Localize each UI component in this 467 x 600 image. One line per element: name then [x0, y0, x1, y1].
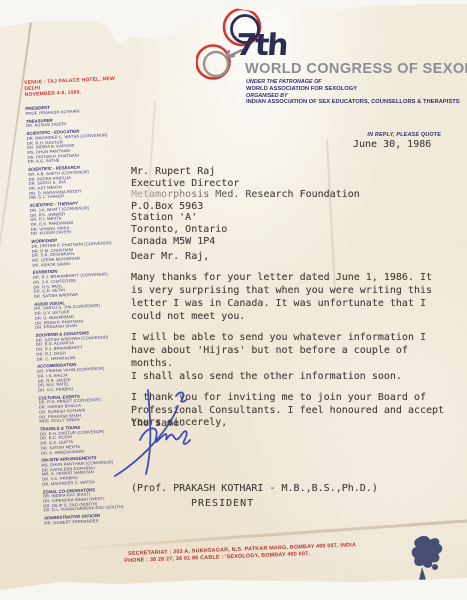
recipient-address-block: Mr. Rupert RajExecutive DirectorMetamorp… [131, 166, 360, 247]
reply-quote-note: IN REPLY, PLEASE QUOTE [367, 132, 441, 138]
committee-section: SOUVENIR & DONATIONSDR. SATISH WADHWA (C… [36, 329, 137, 362]
address-line: Mr. Rupert Raj [131, 166, 360, 178]
committee-section: AUDIO VISUALDR. SAROJ S. JHA (CONVENOR)D… [34, 298, 135, 331]
address-line: Canada M5W 1P4 [131, 236, 360, 248]
letter-paragraph: Many thanks for your letter dated June 1… [131, 271, 449, 323]
committee-section: SCIENTIFIC - THERAPYDR. J.K. BHATT (CONV… [30, 199, 131, 237]
letter-paragraph: I will be able to send you whatever info… [131, 331, 449, 383]
committee-section: ZONAL CO-ORDINATORSDR. INDIRA RAY (EAST)… [43, 486, 144, 514]
letter-paper: 7th WORLD CONGRESS OF SEXOLOGY UNDER THE… [0, 0, 467, 600]
congress-title: WORLD CONGRESS OF SEXOLOGY [245, 60, 460, 77]
signer-name: (Prof. PRAKASH KOTHARI - M.B.,B.S.,Ph.D.… [131, 483, 378, 494]
organised-label: ORGANISED BY [246, 93, 466, 100]
committee-section: PRESIDENTPROF. PRAKASH KOTHARI [25, 102, 125, 116]
committee-section: SCIENTIFIC - RESEARCHDR. A.B. SHETH (CON… [28, 163, 129, 201]
committee-section: WORKSHOPDR. PRITAM P. PHATNANI (CONVENOR… [31, 235, 132, 268]
committee-section: SCIENTIFIC - EDUCATIONDR. MAHINDER C. WA… [26, 127, 127, 165]
patronage-org: WORLD ASSOCIATION FOR SEXOLOGY [246, 86, 466, 93]
address-line: Metamorphosis Med. Research Foundation [131, 189, 360, 201]
address-line: Station 'A' [131, 212, 360, 224]
letterhead-patronage: UNDER THE PATRONAGE OF WORLD ASSOCIATION… [246, 79, 466, 106]
committee-section: TREASURERDR. KUSUM ZAVERI [26, 115, 126, 129]
signer-title: PRESIDENT [191, 498, 254, 509]
address-line: Executive Director [131, 178, 360, 190]
venue-note: VENUE : TAJ PALACE HOTEL, NEW DELHI NOVE… [24, 75, 125, 98]
patronage-label: UNDER THE PATRONAGE OF [246, 79, 466, 86]
committee-section: EXHIBITIONDR. R.J. BRAHMBHATT (CONVENOR)… [33, 267, 134, 300]
ink-stamp [408, 534, 450, 586]
organiser-org: INDIAN ASSOCIATION OF SEX EDUCATORS, COU… [246, 99, 466, 106]
congress-ordinal: 7th [235, 28, 288, 63]
address-line: P.O.Box 5963 [131, 201, 360, 213]
salutation: Dear Mr. Raj, [131, 251, 209, 262]
address-line: Toronto, Ontario [131, 224, 360, 236]
handwritten-signature [112, 388, 232, 488]
committee-section: ADMINISTRATIVE OFFICERMR. GILBERT FERNAN… [44, 512, 144, 526]
letter-date: June 30, 1986 [353, 139, 431, 150]
